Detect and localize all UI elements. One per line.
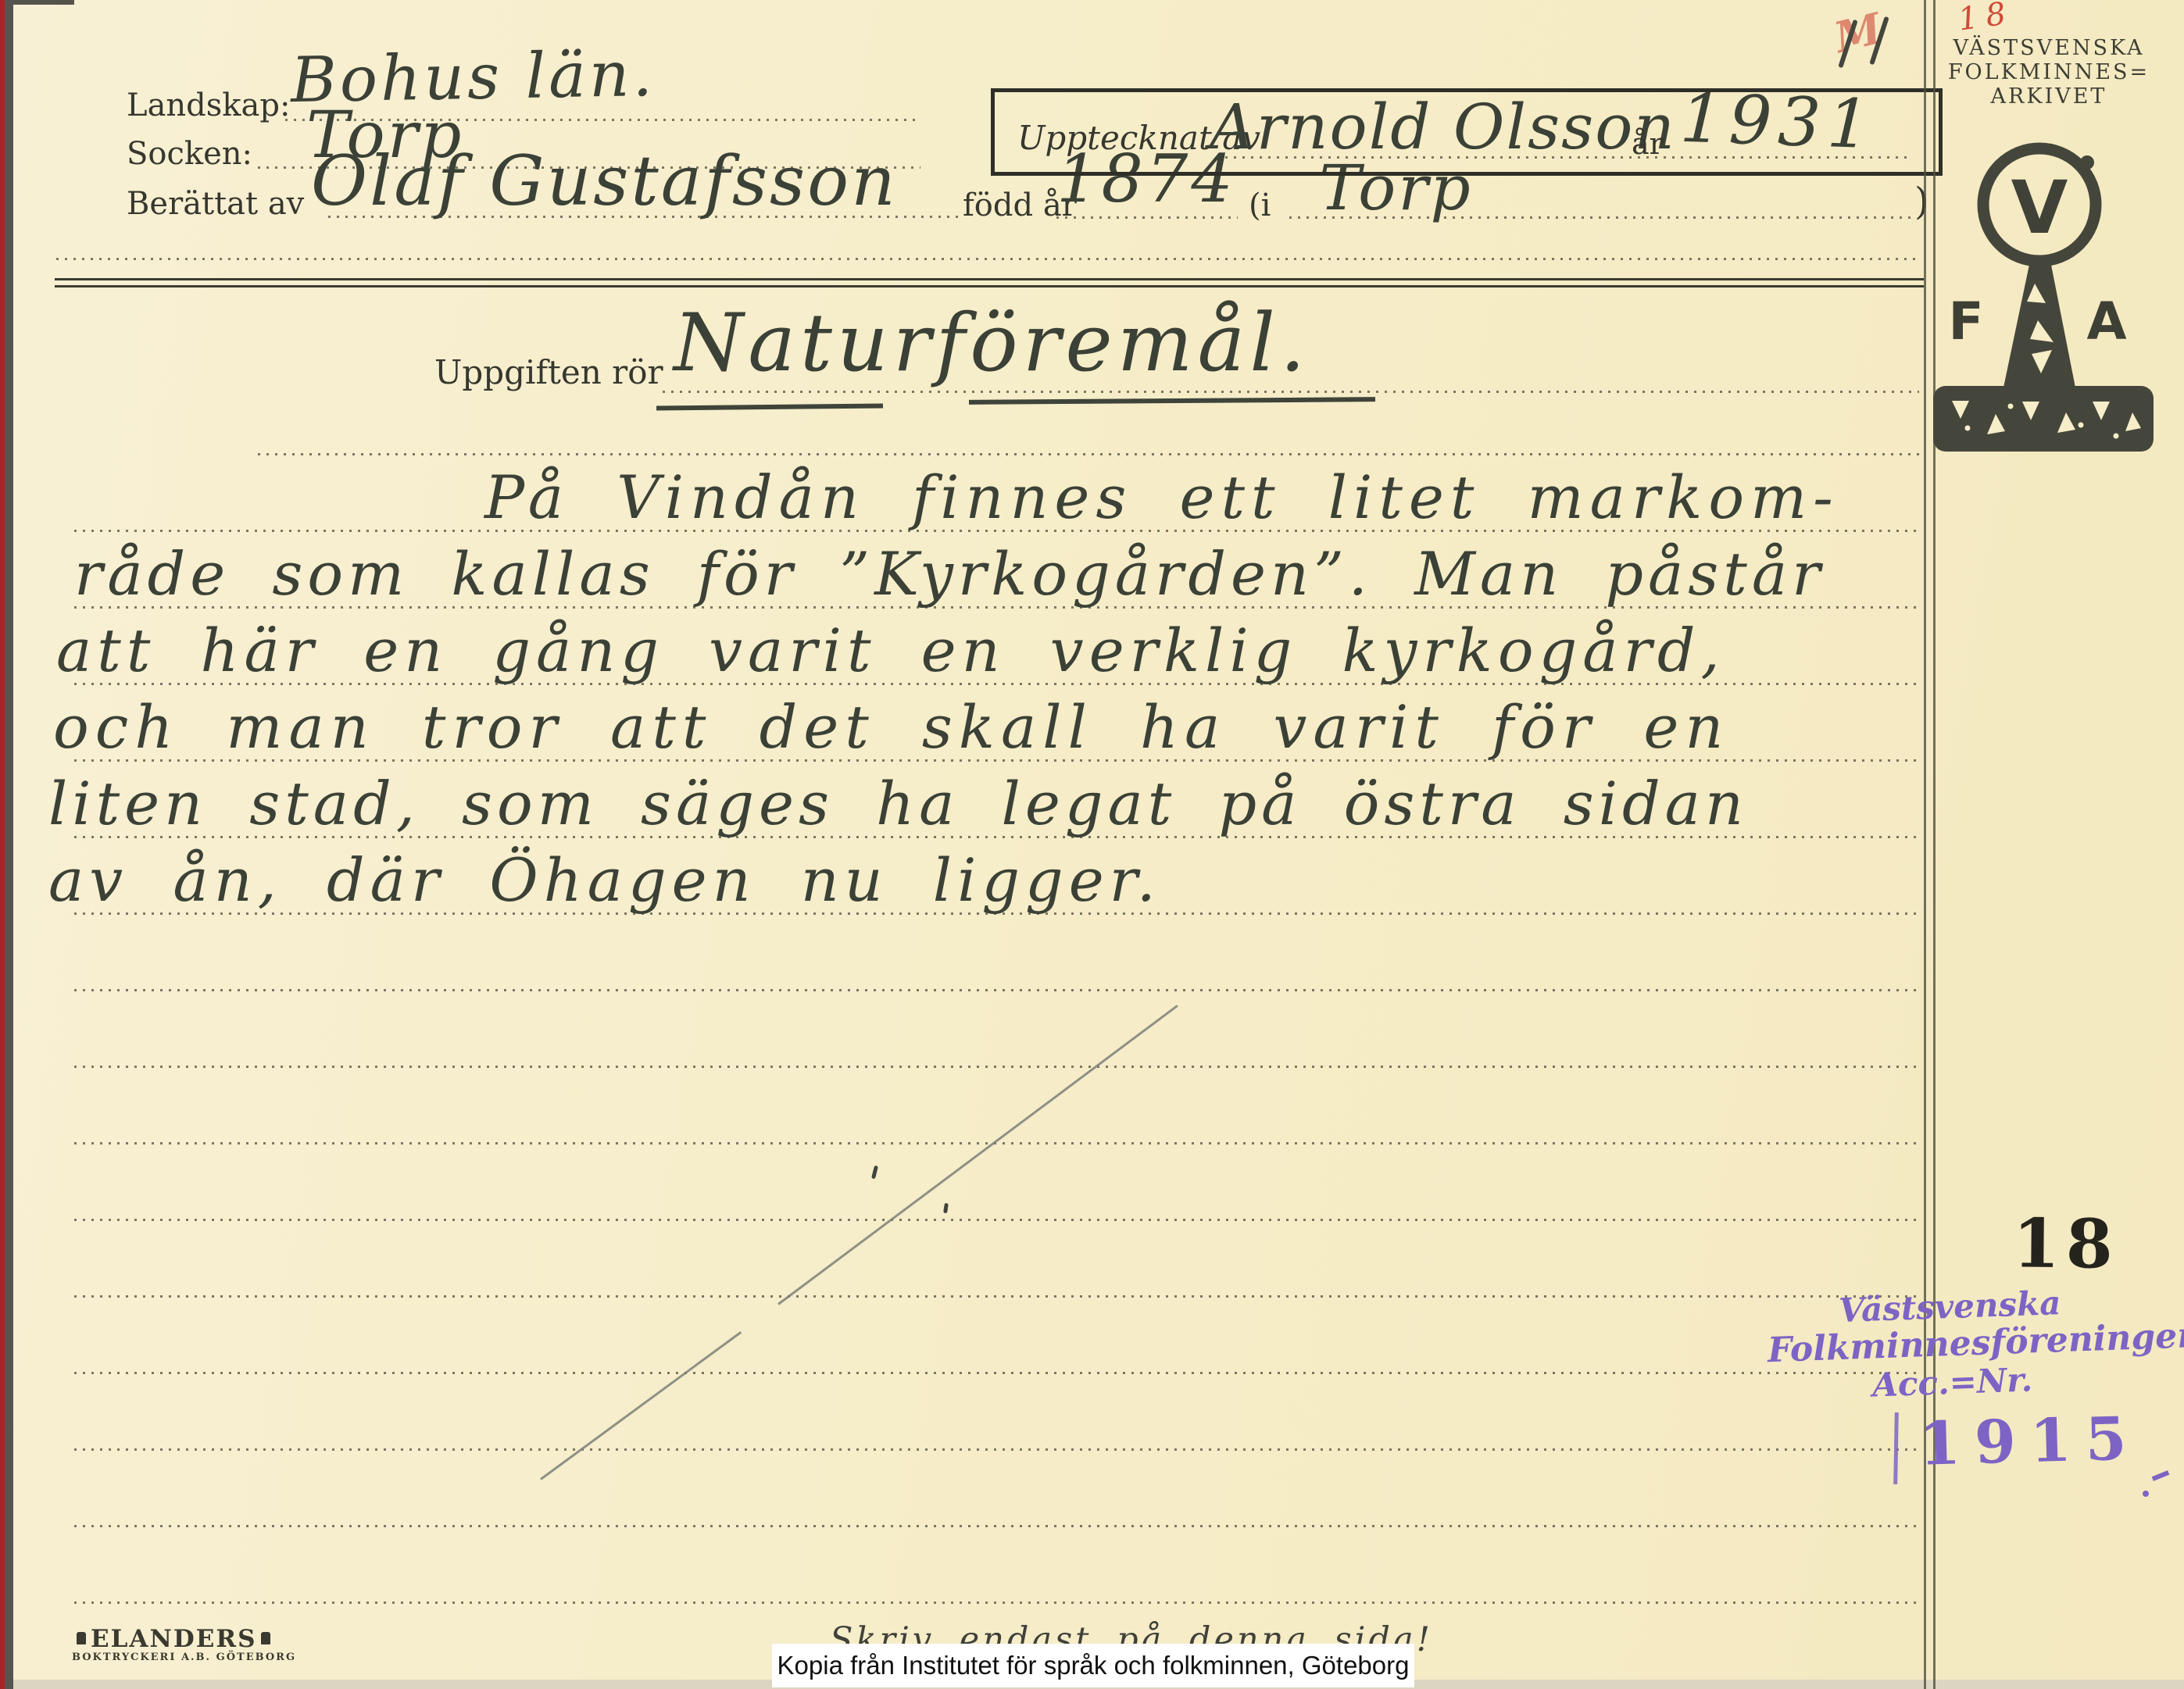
body-rule <box>74 989 1918 991</box>
body-rule <box>74 1219 1918 1221</box>
printer-name: ELANDERS <box>91 1625 256 1653</box>
body-rule <box>74 1448 1918 1451</box>
body-line: och man tror att det skall ha varit för … <box>53 692 1729 762</box>
accession-number-tick <box>1893 1412 1899 1484</box>
archive-name: VÄSTSVENSKA FOLKMINNES= ARKIVET <box>1932 36 2166 109</box>
landskap-label: Landskap: <box>127 87 290 123</box>
header-divider-top <box>55 278 1924 280</box>
printer-subtitle: BOKTRYCKERI A.B. GÖTEBORG <box>72 1652 296 1663</box>
body-line: råde som kallas för ”Kyrkogården”. Man p… <box>74 539 1825 609</box>
scan-edge-red <box>0 0 5 1689</box>
scan-edge-dark <box>5 0 13 1689</box>
logo-letter-f: F <box>1948 291 1983 352</box>
archive-record-card: Landskap: Socken: Berättat av född år (i… <box>0 0 2184 1689</box>
thors-hammer-logo-icon: V F A <box>1921 116 2184 475</box>
ar-value: 1931 <box>1678 80 1877 165</box>
ar-label: år <box>1632 127 1664 161</box>
birthplace-open-paren: (i <box>1249 187 1271 223</box>
body-line: av ån, där Öhagen nu ligger. <box>48 845 1161 915</box>
uppgiften-label: Uppgiften rör <box>434 353 663 391</box>
body-rule <box>74 1295 1918 1298</box>
copy-note-strip: Kopia från Institutet för språk och folk… <box>772 1644 1414 1687</box>
purple-edge-mark <box>2152 1470 2170 1481</box>
empty-header-rule <box>56 258 1920 260</box>
body-line: liten stad, som säges ha legat på östra … <box>48 769 1748 838</box>
uppgiften-underline-left <box>656 403 883 410</box>
pencil-stroke-lower <box>540 1331 742 1480</box>
logo-letter-a: A <box>2086 291 2126 352</box>
archive-name-line3: ARKIVET <box>1932 84 2166 109</box>
berattat-value: Olaf Gustafsson <box>311 141 898 221</box>
ink-speck <box>871 1166 878 1180</box>
pencil-stroke-upper <box>777 1005 1178 1305</box>
printer-ornament-icon <box>261 1632 270 1644</box>
body-rule <box>74 1372 1918 1374</box>
body-line: att här en gång varit en verklig kyrkogå… <box>56 616 1725 685</box>
body-rule <box>74 1066 1918 1068</box>
socken-label: Socken: <box>127 136 252 172</box>
body-rule <box>74 1525 1918 1527</box>
header-divider-bottom <box>55 285 1924 287</box>
printer-ornament-icon <box>77 1632 86 1644</box>
body-rule <box>258 453 1919 455</box>
purple-edge-mark <box>2143 1491 2149 1497</box>
body-rule <box>74 1602 1918 1604</box>
archive-name-line1: VÄSTSVENSKA <box>1932 36 2166 60</box>
uppgiften-fill-rule <box>663 391 1919 393</box>
uppgiften-value: Naturföremål. <box>674 297 1310 390</box>
berattat-label: Berättat av <box>127 186 304 222</box>
copy-note: Kopia från Institutet för språk och folk… <box>777 1651 1410 1680</box>
archive-name-line2: FOLKMINNES= <box>1932 60 2166 84</box>
upptecknat-value: Arnold Olsson <box>1210 91 1676 163</box>
uppgiften-underline-right <box>969 397 1375 405</box>
accession-number: 1915 <box>1918 1403 2142 1478</box>
ink-speck <box>943 1203 949 1214</box>
page-number-stamp: 18 <box>2013 1204 2120 1284</box>
accession-stamp: Västsvenska Folkminnesföreningen Acc.=Nr… <box>1766 1283 2137 1408</box>
printer-imprint: ELANDERS BOKTRYCKERI A.B. GÖTEBORG <box>72 1625 296 1663</box>
svg-text:V: V <box>2011 166 2068 251</box>
red-crossed-mark: M <box>1829 3 1886 63</box>
body-line: På Vindån finnes ett litet markom- <box>484 462 1839 532</box>
red-top-number: 18 <box>1956 0 2016 38</box>
